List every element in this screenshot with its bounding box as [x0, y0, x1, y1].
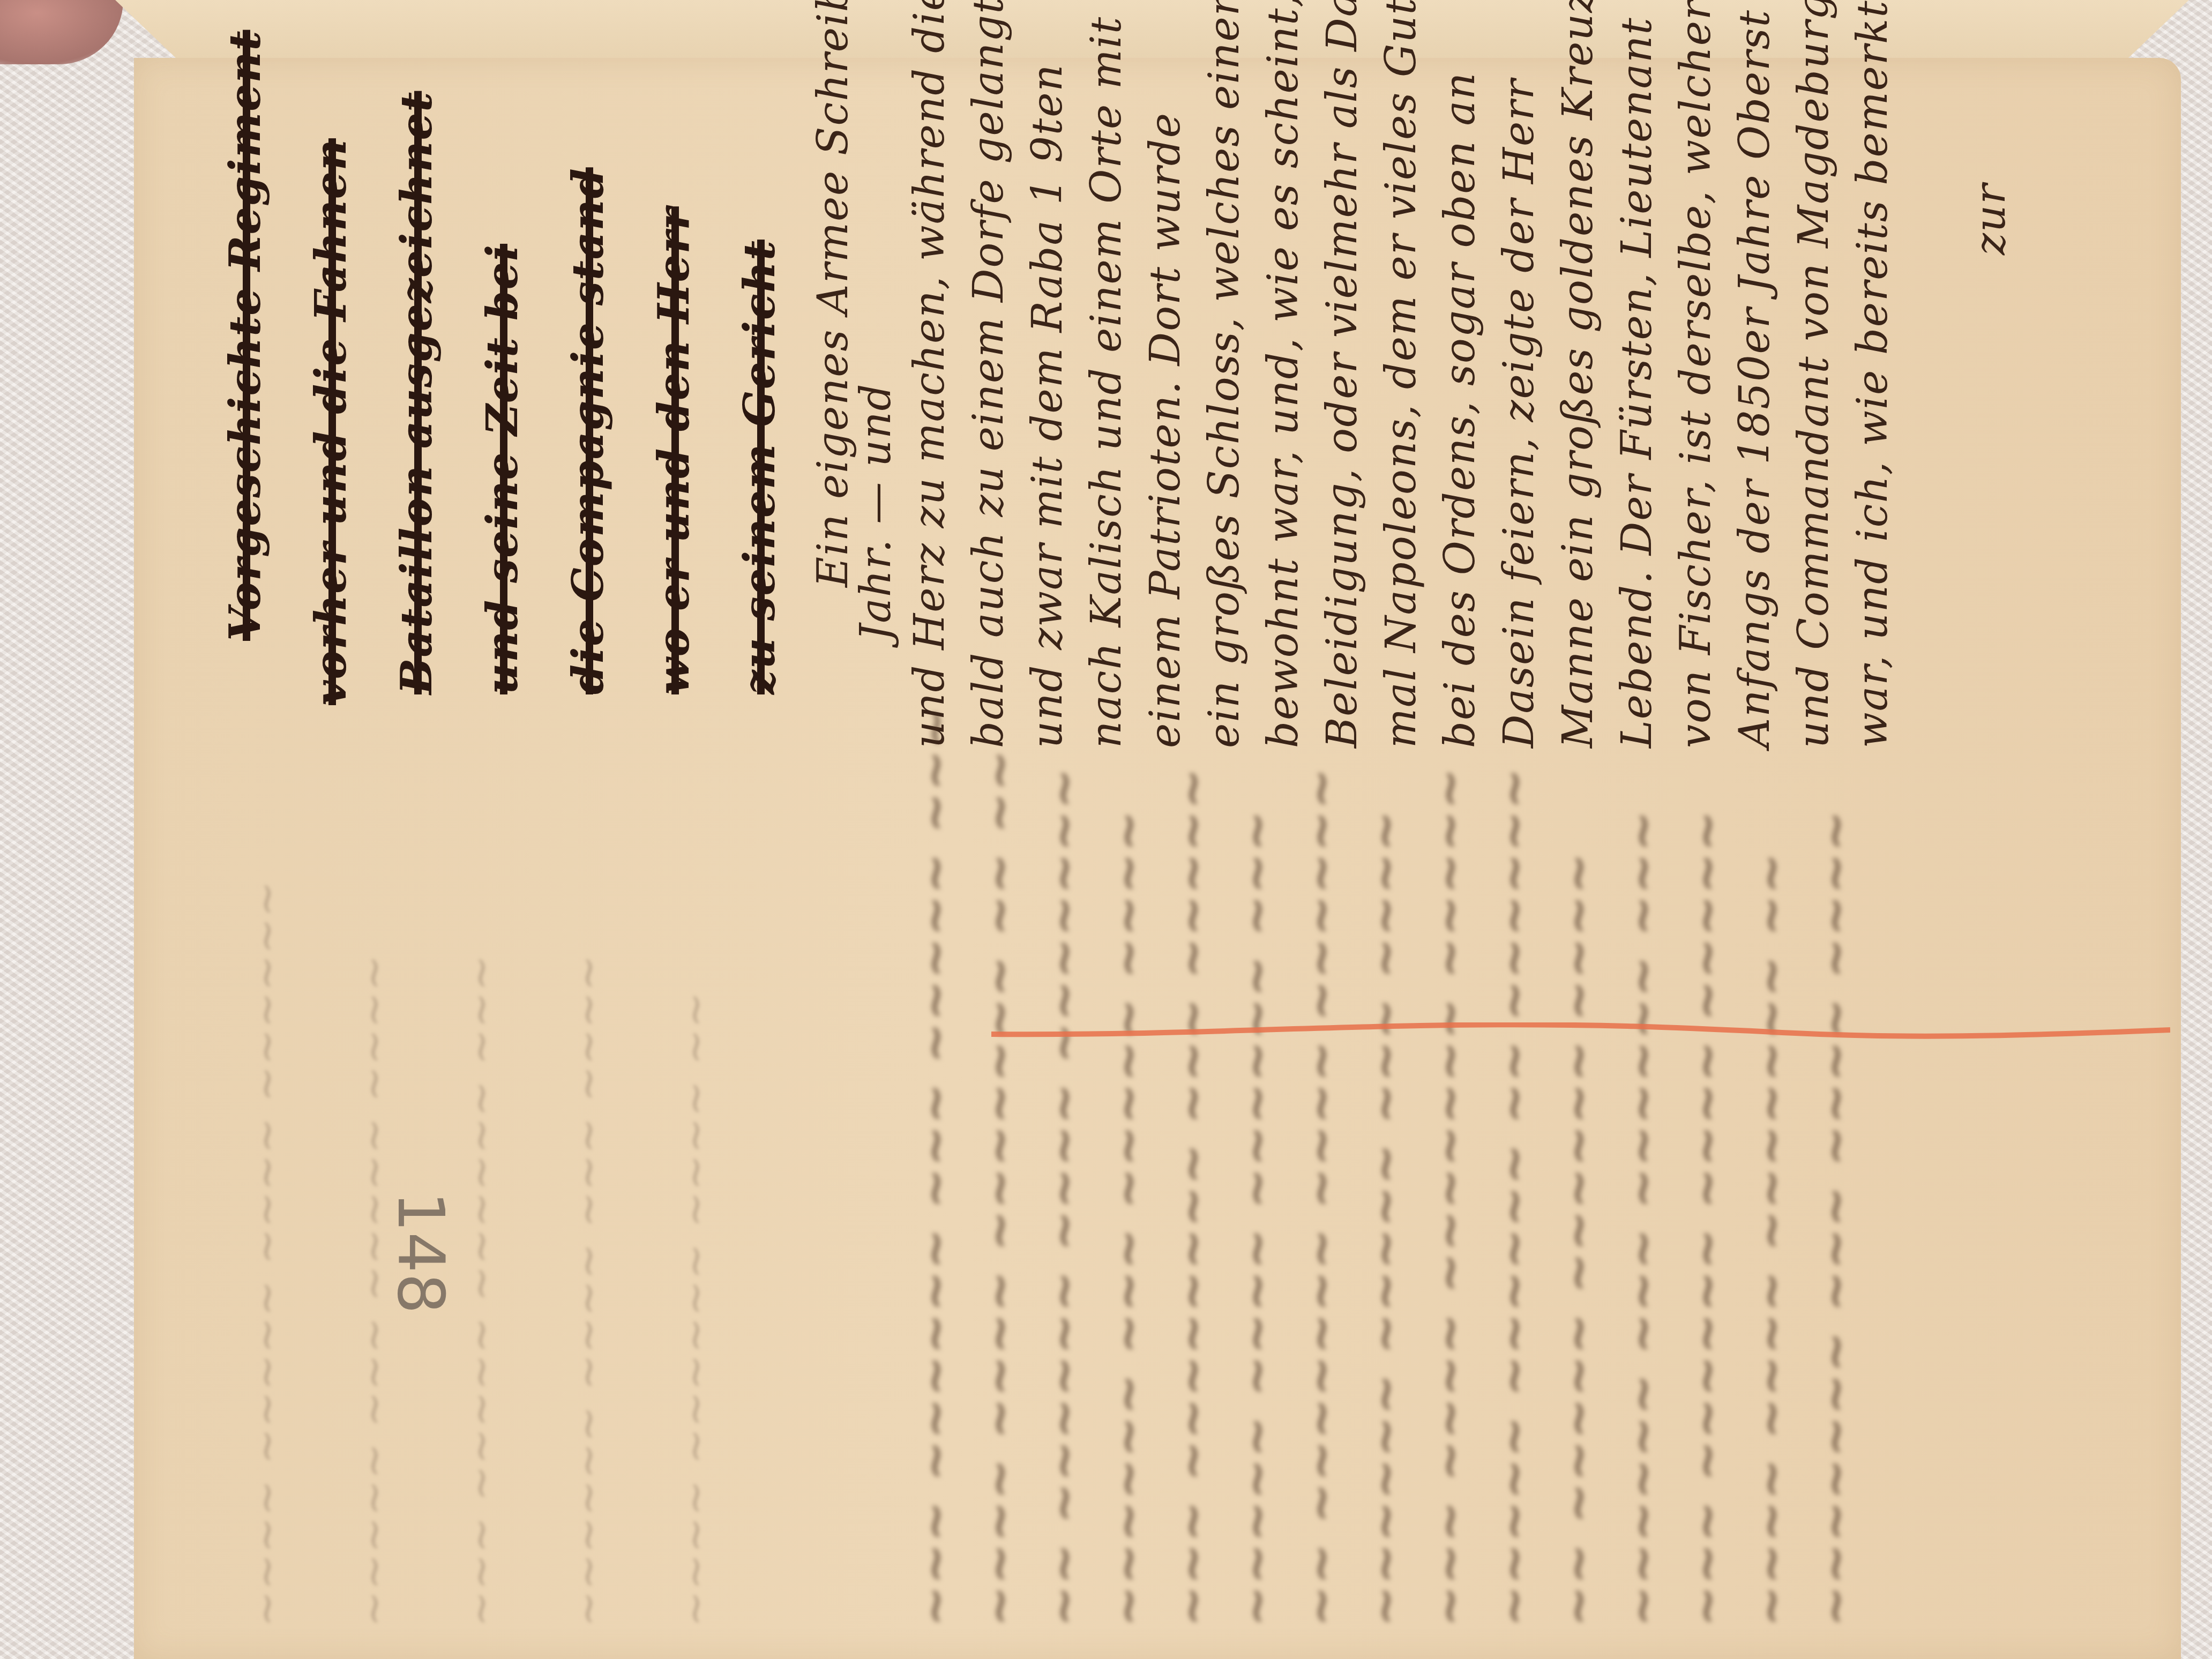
struck-line: vorher und die Fahnen	[305, 138, 356, 705]
text-line: ein großes Schloss, welches einen	[1200, 0, 1249, 748]
text-line: einem Patrioten. Dort wurde	[1141, 112, 1190, 748]
text-line: bald auch zu einem Dorfe gelangt,	[965, 0, 1013, 748]
struck-line: und seine Zeit bei	[477, 244, 527, 694]
text-line: bewohnt war, und, wie es scheint,	[1259, 0, 1307, 748]
text-line: Jahr. — und	[852, 383, 900, 641]
catchword: zur	[1967, 183, 2015, 255]
text-line: war, und ich, wie bereits bemerkt, zur	[1849, 0, 1897, 748]
text-line: Dasein feiern, zeigte der Herr	[1495, 78, 1543, 748]
text-line: Anfangs der 1850er Jahre Oberst	[1731, 9, 1779, 748]
struck-line: die Compagnie stand	[563, 167, 613, 694]
text-line: Manne ein großes goldenes Kreuz,	[1554, 0, 1602, 748]
text-line: bei des Ordens, sogar oben an	[1436, 72, 1484, 748]
text-line: Ein eigenes Armee Schreiben	[809, 0, 857, 587]
struck-line: wo er und den Herr	[648, 206, 699, 694]
text-line: und Commandant von Magdeburg	[1790, 0, 1838, 748]
text-line: Beleidigung, oder vielmehr als Dank,	[1318, 0, 1366, 748]
text-line: und zwar mit dem Raba 1 9ten	[1023, 63, 1072, 748]
writing-area: Vorgeschichte Regiment vorher und die Fa…	[134, 58, 2181, 1659]
text-line: mal Napoleons, dem er vieles Gute,	[1377, 0, 1425, 748]
text-line: und Herz zu machen, während die	[906, 0, 954, 748]
text-line: von Fischer, ist derselbe, welcher	[1672, 0, 1720, 748]
orange-crayon-line	[991, 1022, 2170, 1044]
text-line: Lebend. Der Fürsten, Lieutenant	[1613, 17, 1661, 748]
pencil-page-number: 148	[383, 1191, 458, 1314]
struck-line: Bataillon ausgezeichnet	[391, 91, 442, 694]
text-line: nach Kalisch und einem Orte mit	[1082, 16, 1131, 748]
struck-line: Vorgeschichte Regiment	[220, 30, 270, 641]
manuscript-page: Vorgeschichte Regiment vorher und die Fa…	[134, 58, 2181, 1659]
struck-line: zu seinem Gericht	[734, 240, 784, 694]
